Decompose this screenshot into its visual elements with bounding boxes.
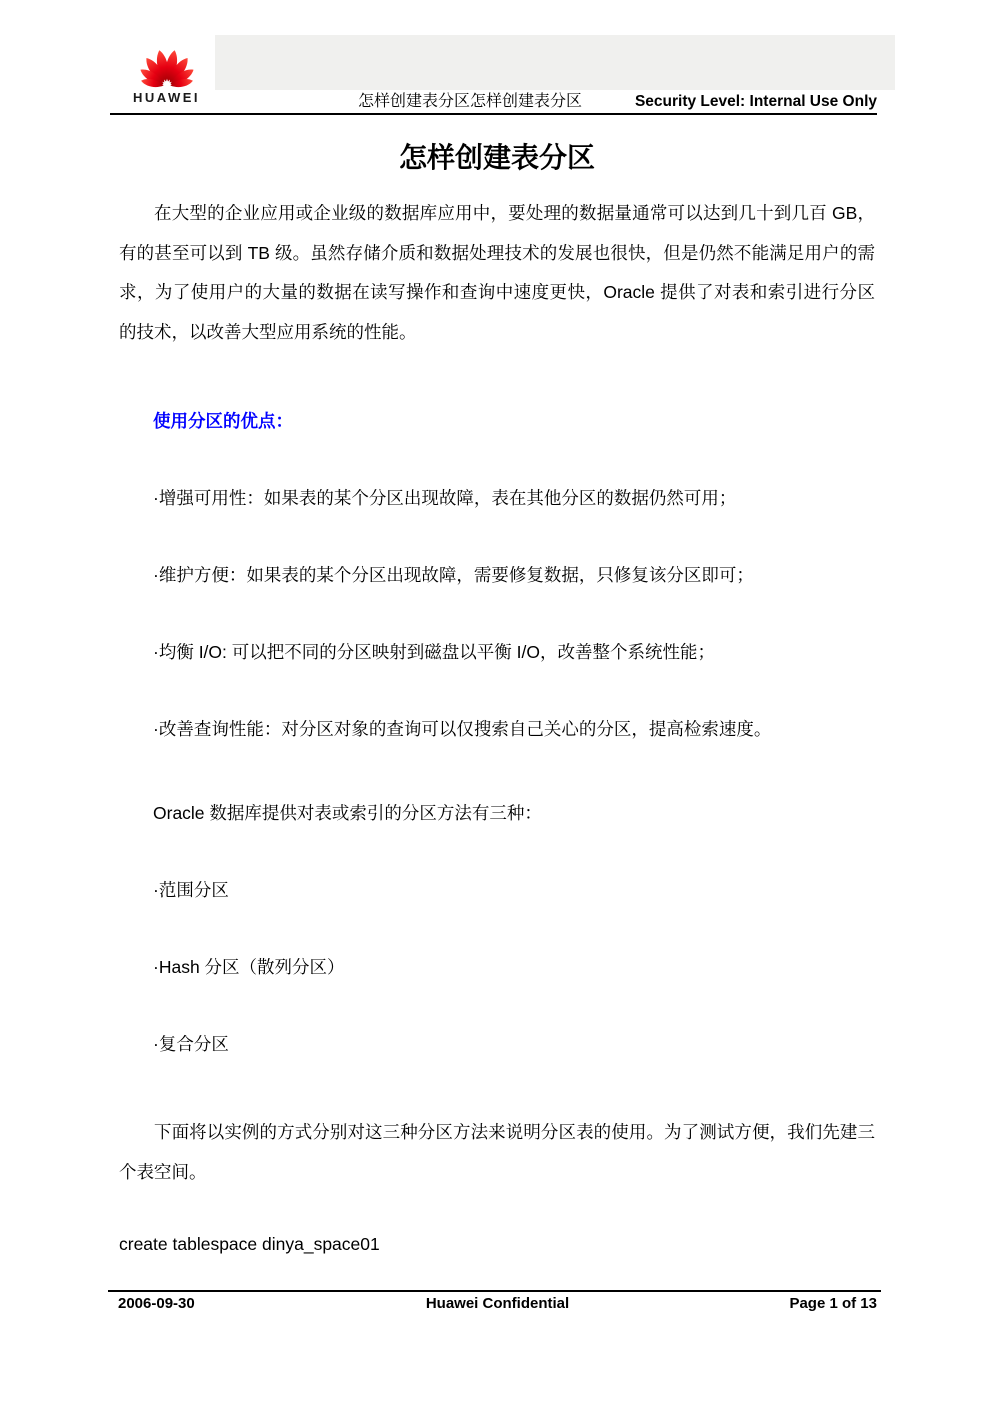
huawei-flower-icon — [136, 39, 198, 89]
page-footer: 2006-09-30 Huawei Confidential Page 1 of… — [108, 1290, 881, 1312]
methods-intro: Oracle 数据库提供对表或索引的分区方法有三种： — [119, 801, 875, 825]
benefit-item: ·增强可用性：如果表的某个分区出现故障，表在其他分区的数据仍然可用； — [119, 486, 875, 510]
document-page: HUAWEI 怎样创建表分区怎样创建表分区 Security Level: In… — [0, 0, 993, 1404]
header-document-title: 怎样创建表分区怎样创建表分区 — [358, 88, 582, 111]
method-item: ·范围分区 — [119, 878, 875, 902]
header-security-level: Security Level: Internal Use Only — [635, 93, 877, 111]
benefit-item: ·均衡 I/O: 可以把不同的分区映射到磁盘以平衡 I/O，改善整个系统性能； — [119, 640, 875, 664]
example-paragraph: 下面将以实例的方式分别对这三种分区方法来说明分区表的使用。为了测试方便，我们先建… — [119, 1113, 875, 1192]
method-item: ·Hash 分区（散列分区） — [119, 955, 875, 979]
document-body: 怎样创建表分区 在大型的企业应用或企业级的数据库应用中，要处理的数据量通常可以达… — [119, 118, 875, 1256]
huawei-logo: HUAWEI — [118, 33, 215, 111]
huawei-logo-wordmark: HUAWEI — [118, 90, 215, 105]
page-header: HUAWEI 怎样创建表分区怎样创建表分区 Security Level: In… — [110, 0, 877, 115]
method-item: ·复合分区 — [119, 1032, 875, 1056]
footer-date: 2006-09-30 — [108, 1295, 371, 1312]
header-gray-band — [215, 35, 895, 90]
benefits-heading: 使用分区的优点： — [119, 409, 875, 433]
page-title: 怎样创建表分区 — [119, 140, 875, 176]
intro-paragraph: 在大型的企业应用或企业级的数据库应用中，要处理的数据量通常可以达到几十到几百 G… — [119, 194, 875, 352]
footer-confidential: Huawei Confidential — [371, 1295, 624, 1312]
benefit-item: ·维护方便：如果表的某个分区出现故障，需要修复数据，只修复该分区即可； — [119, 563, 875, 587]
benefit-item: ·改善查询性能：对分区对象的查询可以仅搜索自己关心的分区，提高检索速度。 — [119, 717, 875, 741]
sql-code-line: create tablespace dinya_space01 — [119, 1232, 875, 1256]
footer-page-number: Page 1 of 13 — [624, 1295, 881, 1312]
